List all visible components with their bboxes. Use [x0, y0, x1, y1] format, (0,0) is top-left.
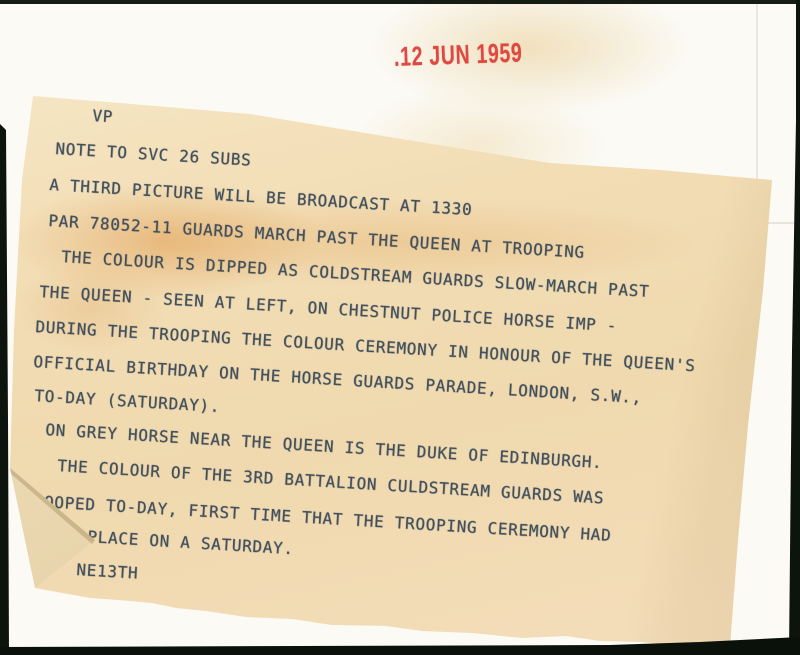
typewritten-line: NE13TH	[76, 560, 139, 583]
typewritten-line: VP	[92, 106, 114, 126]
scan-border-top	[0, 0, 800, 4]
scanned-telegram-photo: .12 JUN 1959 VP NOTE TO SVC 26 SUBS A TH…	[0, 0, 800, 655]
paper-shadow	[595, 170, 800, 655]
date-stamp: .12 JUN 1959	[393, 38, 523, 73]
backing-seam-vertical	[756, 4, 758, 184]
